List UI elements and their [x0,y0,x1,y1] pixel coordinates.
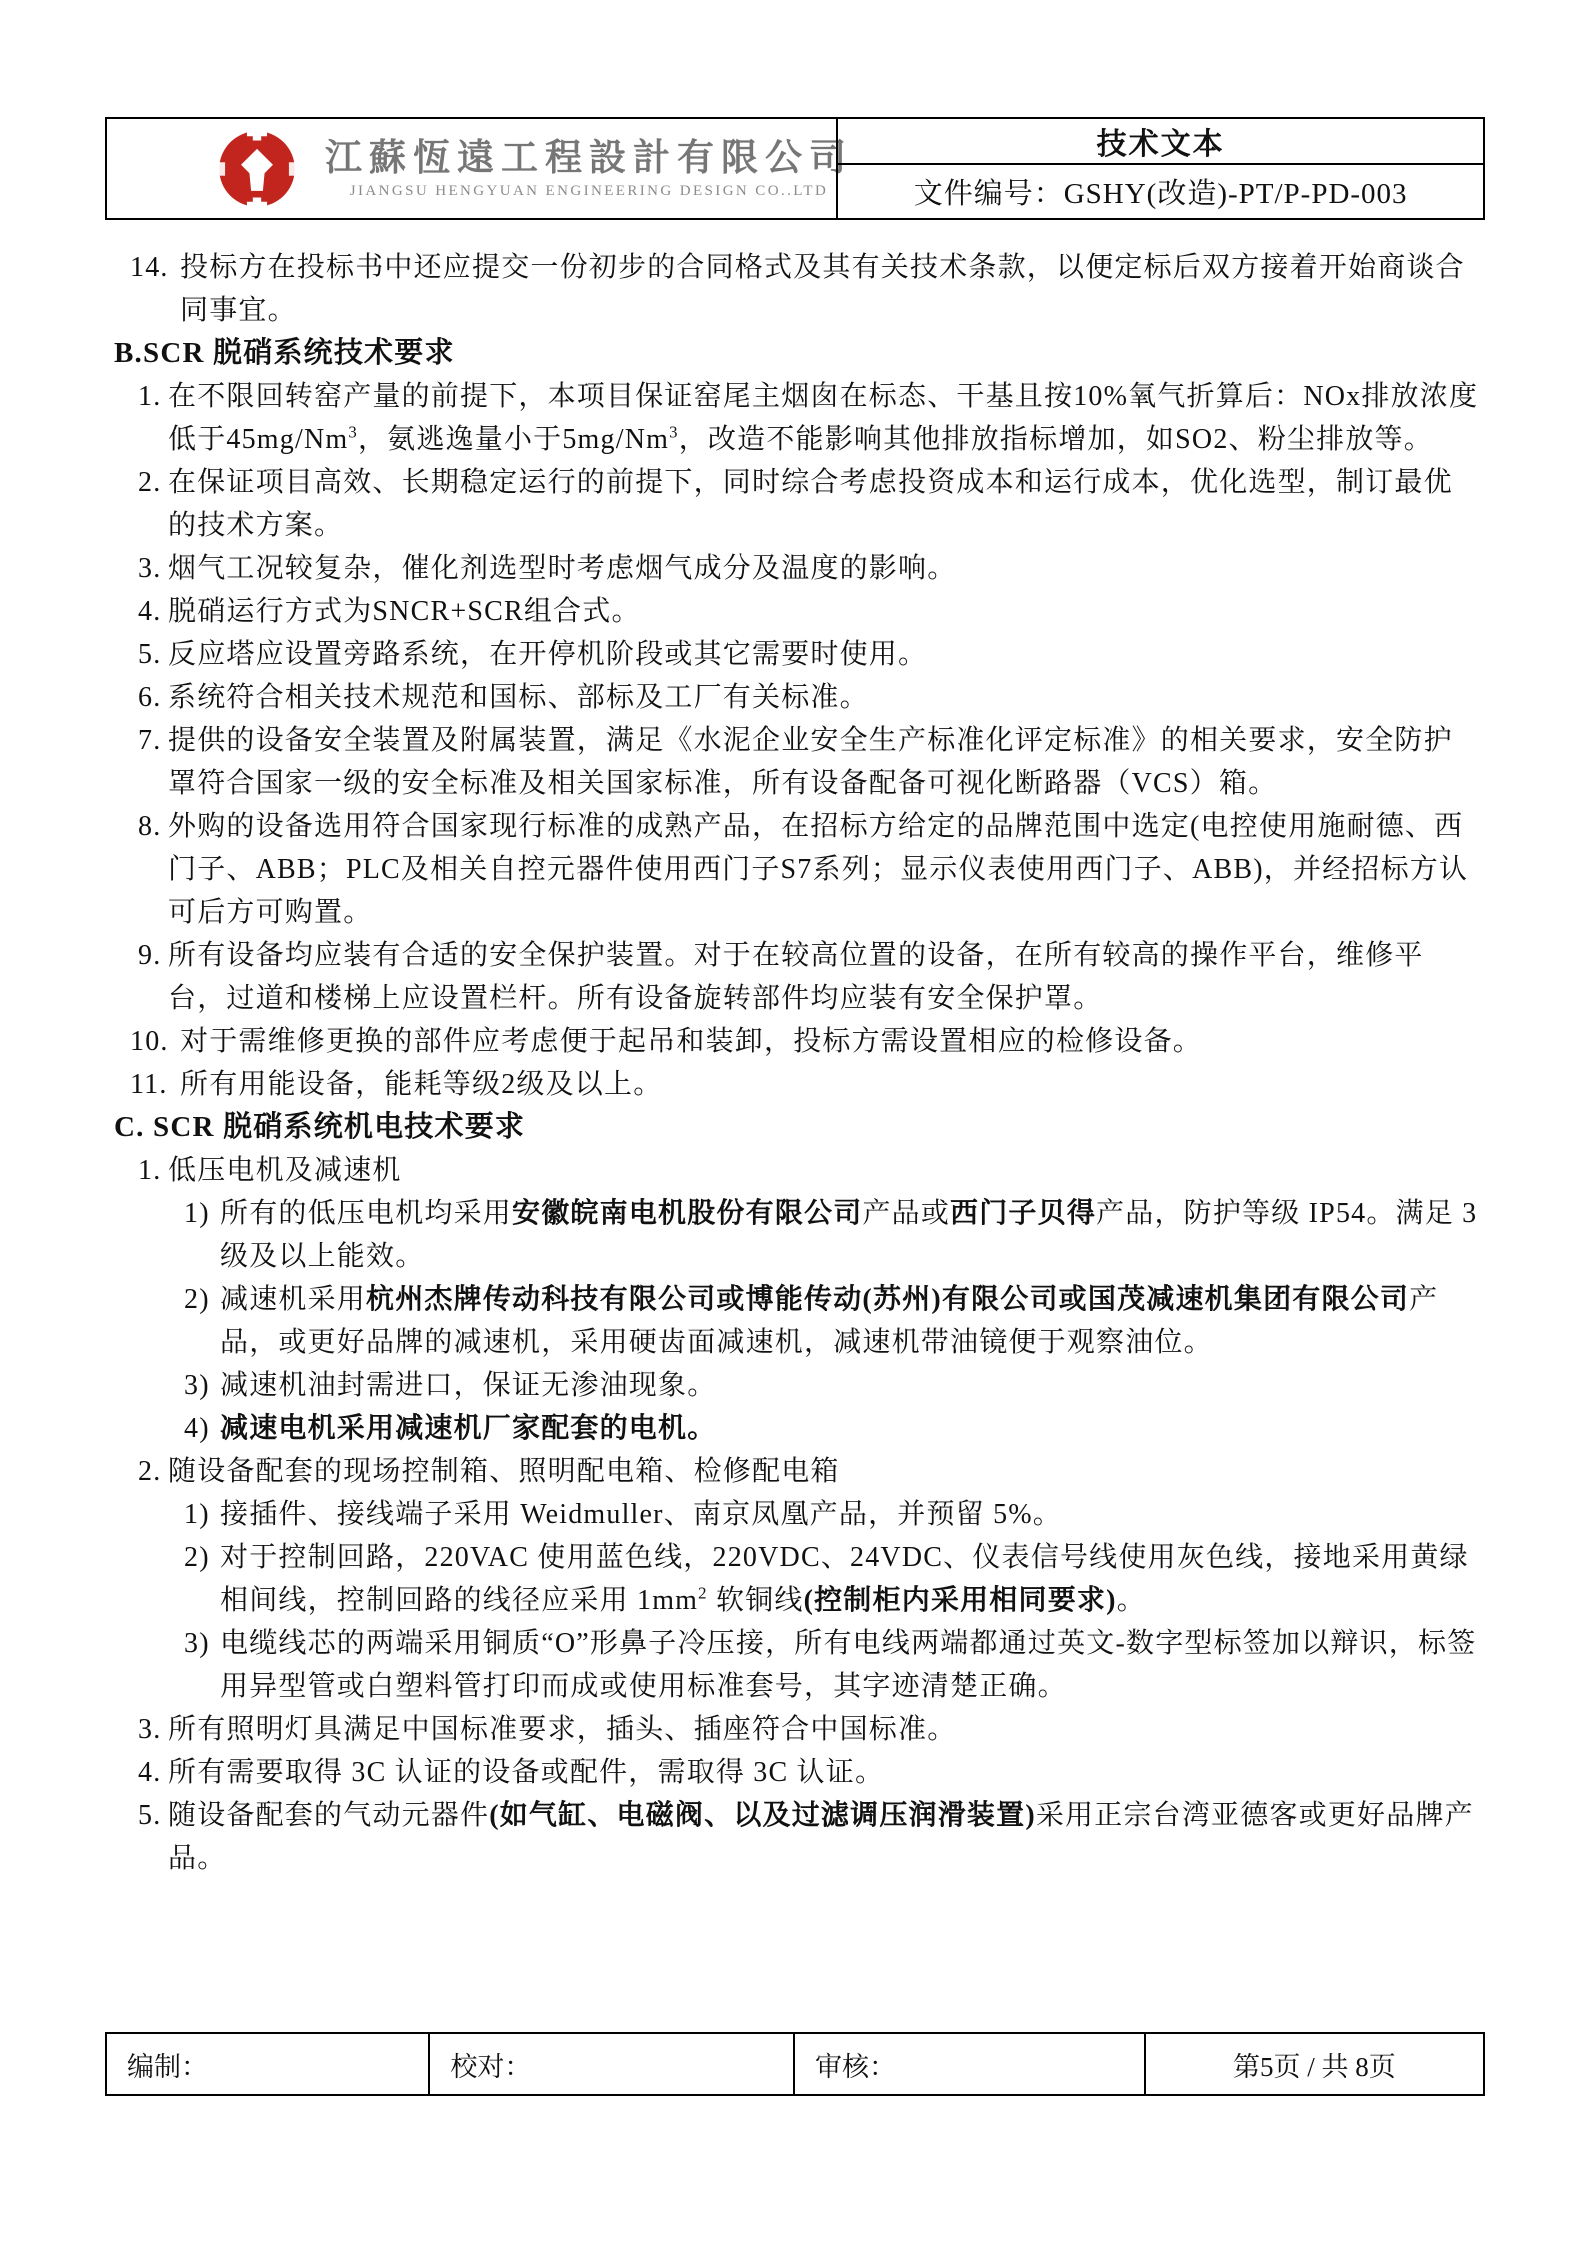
doc-number-value: GSHY(改造)-PT/P-PD-003 [1064,171,1408,212]
item-c1-2: 2)减速机采用杭州杰牌传动科技有限公司或博能传动(苏州)有限公司或国茂减速机集团… [120,1278,1480,1364]
list-marker: 9. [138,934,161,977]
company-name-en: JIANGSU HENGYUAN ENGINEERING DESIGN CO..… [350,181,828,201]
list-marker: 5. [138,633,161,676]
document-footer: 编制： 校对： 审核： 第5页 / 共 8页 [105,2032,1485,2096]
list-marker: 3. [138,547,161,590]
company-logo-icon [215,127,299,211]
footer-reviewed-label: 审核： [815,2045,896,2084]
item-c4: 4.所有需要取得 3C 认证的设备或配件，需取得 3C 认证。 [120,1751,1480,1794]
list-marker: 10. [130,1020,169,1063]
item-b5: 5.反应塔应设置旁路系统，在开停机阶段或其它需要时使用。 [120,633,1480,676]
list-marker: 1) [184,1192,210,1235]
doc-type-title: 技术文本 [838,119,1483,165]
footer-reviewed-cell: 审核： [795,2034,1146,2094]
item-b2: 2.在保证项目高效、长期稳定运行的前提下，同时综合考虑投资成本和运行成本，优化选… [120,461,1480,547]
document-page: 江蘇恆遠工程設計有限公司 JIANGSU HENGYUAN ENGINEERIN… [0,0,1587,2245]
list-marker: 4) [184,1407,210,1450]
list-marker: 3) [184,1622,210,1665]
list-marker: 2) [184,1278,210,1321]
list-marker: 6. [138,676,161,719]
item-b7: 7.提供的设备安全装置及附属装置，满足《水泥企业安全生产标准化评定标准》的相关要… [120,719,1480,805]
list-marker: 1) [184,1493,210,1536]
list-marker: 2. [138,1450,161,1493]
item-c1-1: 1)所有的低压电机均采用安徽皖南电机股份有限公司产品或西门子贝得产品，防护等级 … [120,1192,1480,1278]
list-marker: 7. [138,719,161,762]
footer-checked-label: 校对： [450,2045,531,2084]
list-marker: 3) [184,1364,210,1407]
section-c-heading: C. SCR 脱硝系统机电技术要求 [114,1106,1480,1149]
document-body: 14.投标方在投标书中还应提交一份初步的合同格式及其有关技术条款，以便定标后双方… [120,246,1480,1880]
footer-page-cell: 第5页 / 共 8页 [1146,2034,1483,2094]
company-block: 江蘇恆遠工程設計有限公司 JIANGSU HENGYUAN ENGINEERIN… [107,119,836,218]
item-c1-3: 3)减速机油封需进口，保证无渗油现象。 [120,1364,1480,1407]
item-b3: 3.烟气工况较复杂，催化剂选型时考虑烟气成分及温度的影响。 [120,547,1480,590]
footer-prepared-label: 编制： [127,2045,208,2084]
list-marker: 5. [138,1794,161,1837]
item-c5: 5.随设备配套的气动元器件(如气缸、电磁阀、以及过滤调压润滑装置)采用正宗台湾亚… [120,1794,1480,1880]
item-c2: 2.随设备配套的现场控制箱、照明配电箱、检修配电箱 [120,1450,1480,1493]
list-marker: 11. [130,1063,168,1106]
item-c2-3: 3)电缆线芯的两端采用铜质“O”形鼻子冷压接，所有电线两端都通过英文-数字型标签… [120,1622,1480,1708]
doc-title-block: 技术文本 文件编号：GSHY(改造)-PT/P-PD-003 [836,119,1483,218]
item-b11: 11.所有用能设备，能耗等级2级及以上。 [120,1063,1480,1106]
item-c2-1: 1)接插件、接线端子采用 Weidmuller、南京凤凰产品，并预留 5%。 [120,1493,1480,1536]
company-name-cn: 江蘇恆遠工程設計有限公司 [325,137,853,181]
item-c1: 1.低压电机及减速机 [120,1149,1480,1192]
list-marker: 1. [138,375,161,418]
list-marker: 4. [138,590,161,633]
item-b6: 6.系统符合相关技术规范和国标、部标及工厂有关标准。 [120,676,1480,719]
list-marker: 1. [138,1149,161,1192]
list-marker: 14. [130,246,169,289]
item-b8: 8.外购的设备选用符合国家现行标准的成熟产品，在招标方给定的品牌范围中选定(电控… [120,805,1480,934]
item-b9: 9.所有设备均应装有合适的安全保护装置。对于在较高位置的设备，在所有较高的操作平… [120,934,1480,1020]
doc-number-row: 文件编号：GSHY(改造)-PT/P-PD-003 [838,165,1483,218]
list-marker: 8. [138,805,161,848]
company-names: 江蘇恆遠工程設計有限公司 JIANGSU HENGYUAN ENGINEERIN… [325,137,853,201]
list-marker: 2. [138,461,161,504]
footer-checked-cell: 校对： [430,2034,795,2094]
section-b-heading: B.SCR 脱硝系统技术要求 [114,332,1480,375]
item-b1: 1.在不限回转窑产量的前提下，本项目保证窑尾主烟囱在标态、干基且按10%氧气折算… [120,375,1480,461]
item-c2-2: 2)对于控制回路，220VAC 使用蓝色线，220VDC、24VDC、仪表信号线… [120,1536,1480,1622]
item-b4: 4.脱硝运行方式为SNCR+SCR组合式。 [120,590,1480,633]
list-marker: 2) [184,1536,210,1579]
item-c1-4: 4)减速电机采用减速机厂家配套的电机。 [120,1407,1480,1450]
footer-page-number: 第5页 / 共 8页 [1233,2045,1396,2084]
list-marker: 3. [138,1708,161,1751]
item-b10: 10.对于需维修更换的部件应考虑便于起吊和装卸，投标方需设置相应的检修设备。 [120,1020,1480,1063]
document-header: 江蘇恆遠工程設計有限公司 JIANGSU HENGYUAN ENGINEERIN… [105,117,1485,220]
doc-number-label: 文件编号： [914,171,1064,212]
list-marker: 4. [138,1751,161,1794]
item-c3: 3.所有照明灯具满足中国标准要求，插头、插座符合中国标准。 [120,1708,1480,1751]
item-14: 14.投标方在投标书中还应提交一份初步的合同格式及其有关技术条款，以便定标后双方… [120,246,1480,332]
footer-prepared-cell: 编制： [107,2034,430,2094]
